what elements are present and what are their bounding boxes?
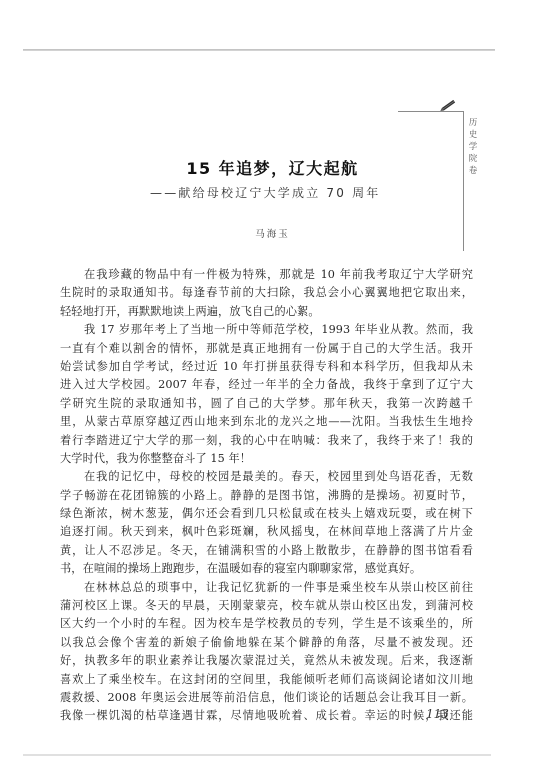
page-number: 113 bbox=[426, 707, 449, 721]
body-line: 好，执教多年的职业素养让我屡次蒙混过关，竟然从未被发现。后来，我逐渐 bbox=[60, 652, 473, 670]
body-line: 轻轻地打开，再默默地读上两遍，放飞自己的心絮。 bbox=[60, 303, 473, 321]
body-line: 以我总会像个害羞的新娘子偷偷地躲在某个僻静的角落，尽量不被发现。还 bbox=[60, 634, 473, 652]
article-title: 15 年追梦，辽大起航 bbox=[0, 156, 543, 179]
body-line: 追逐打闹。秋天到来，枫叶色彩斑斓，秋风摇曳，在林间草地上落满了片片金 bbox=[60, 523, 473, 541]
body-line: 进入过大学校园。2007 年春，经过一年半的全力备战，我终于拿到了辽宁大 bbox=[60, 376, 473, 394]
body-line: 区大约一个小时的车程。因为校车是学校教员的专列，学生是不该乘坐的，所 bbox=[60, 615, 473, 633]
body-line: 里，从蒙古草原穿越辽西山地来到东北的龙兴之地——沈阳。当我怯生生地拎 bbox=[60, 413, 473, 431]
body-line: 黄，让人不忍涉足。冬天，在铺满积雪的小路上散散步，在静静的图书馆看看 bbox=[60, 542, 473, 560]
body-line: 一直有个难以割舍的情怀，那就是真正地拥有一份属于自己的大学生活。我开 bbox=[60, 340, 473, 358]
pencil-icon bbox=[439, 98, 459, 114]
body-line: 在林林总总的琐事中，让我记忆犹新的一件事是乘坐校车从崇山校区前往 bbox=[60, 579, 473, 597]
article-subtitle: ——献给母校辽宁大学成立 70 周年 bbox=[150, 184, 381, 201]
body-line: 绿色渐浓，树木葱茏，偶尔还会看到几只松鼠或在枝头上嬉戏玩耍，或在树下 bbox=[60, 505, 473, 523]
body-line: 大学时代，我为你整整奋斗了 15 年！ bbox=[60, 450, 473, 468]
header-rule bbox=[23, 49, 495, 51]
body-line: 蒲河校区上课。冬天的早晨，天刚蒙蒙亮，校车就从崇山校区出发，到蒲河校 bbox=[60, 597, 473, 615]
body-line: 学子畅游在花团锦簇的小路上。静静的是图书馆，沸腾的是操场。初夏时节， bbox=[60, 487, 473, 505]
body-line: 我像一棵饥渴的枯草逢遇甘霖，尽情地吸吮着、成长着。幸运的时候，我还能 bbox=[60, 707, 473, 725]
article-author: 马海玉 bbox=[0, 226, 543, 240]
body-line: 喜欢上了乘坐校车。在这封闭的空间里，我能倾听老师们高谈阔论诸如汶川地 bbox=[60, 671, 473, 689]
body-line: 学研究生院的录取通知书，圆了自己的大学梦。那年秋天，我第一次跨越千 bbox=[60, 395, 473, 413]
footer-rule bbox=[23, 754, 491, 756]
body-line: 在我的记忆中，母校的校园是最美的。春天，校园里到处鸟语花香，无数 bbox=[60, 468, 473, 486]
body-line: 着行李踏进辽宁大学的那一刻，我的心中在呐喊：我来了，我终于来了！我的 bbox=[60, 432, 473, 450]
body-line: 震救援、2008 年奥运会进展等前沿信息，他们谈论的话题总会让我耳目一新。 bbox=[60, 689, 473, 707]
body-line: 书，在喧闹的操场上跑跑步，在温暖如春的寝室内聊聊家常，感觉真好。 bbox=[60, 560, 473, 578]
body-line: 生院时的录取通知书。每逢春节前的大扫除，我总会小心翼翼地把它取出来， bbox=[60, 284, 473, 302]
article-body: 在我珍藏的物品中有一件极为特殊，那就是 10 年前我考取辽宁大学研究 生院时的录… bbox=[60, 266, 473, 726]
body-line: 在我珍藏的物品中有一件极为特殊，那就是 10 年前我考取辽宁大学研究 bbox=[60, 266, 473, 284]
body-line: 始尝试参加自学考试，经过近 10 年打拼虽获得专科和本科学历，但我却从未 bbox=[60, 358, 473, 376]
body-line: 我 17 岁那年考上了当地一所中等师范学校，1993 年毕业从教。然而，我 bbox=[60, 321, 473, 339]
